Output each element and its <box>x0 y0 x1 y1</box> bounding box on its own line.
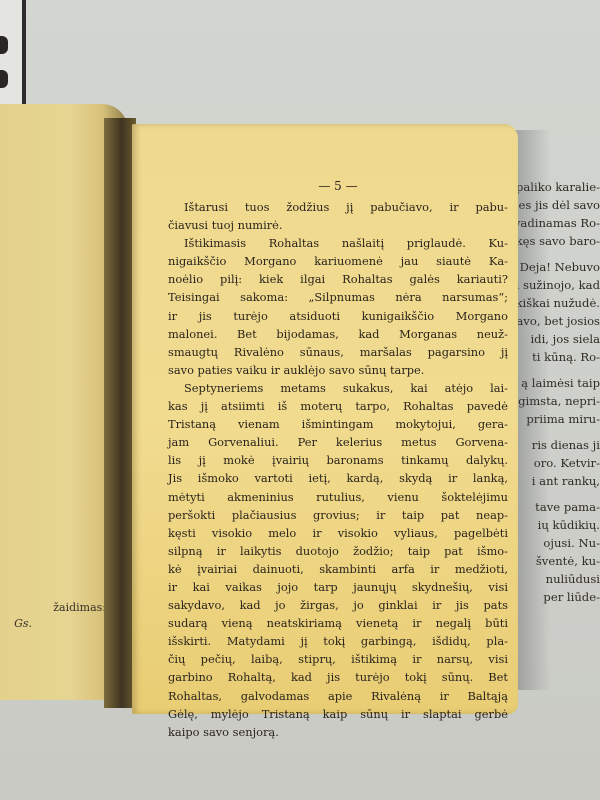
right-page-body: Ištarusi tuos žodžius jį pabučiavo, ir p… <box>168 198 508 741</box>
binder-hole <box>0 70 8 88</box>
text-line: Jis išmoko vartoti ietį, kardą, skydą ir… <box>168 469 508 487</box>
text-line: Ištarusi tuos žodžius jį pabučiavo, ir p… <box>168 198 508 216</box>
text-line: čių pečių, laibą, stiprų, ištikimą ir na… <box>168 650 508 668</box>
text-line: kaipo savo senjorą. <box>168 723 508 741</box>
text-line: sakydavo, kad jo žirgas, jo ginklai ir j… <box>168 596 508 614</box>
text-line: mėtyti akmeninius rutulius, vienu šoktel… <box>168 488 508 506</box>
text-line: Teisingai sakoma: „Silpnumas nėra narsum… <box>168 288 508 306</box>
text-line: nigaikščio Morgano kariuomenė jau siautė… <box>168 252 508 270</box>
page-number: — 5 — <box>168 176 508 198</box>
text-line: Gėlę, mylėjo Tristaną kaip sūnų ir slapt… <box>168 705 508 723</box>
text-line: ir jis turėjo atsiduoti kunigaikščio Mor… <box>168 307 508 325</box>
text-line: Rohaltas, galvodamas apie Rivalėną ir Ba… <box>168 687 508 705</box>
left-footer-line: žaidimas: <box>0 600 106 616</box>
text-line: silpną ir laikytis duotojo žodžio; taip … <box>168 542 508 560</box>
right-page-text: — 5 — Ištarusi tuos žodžius jį pabučiavo… <box>168 176 508 741</box>
left-page-footer: žaidimas: Gs. <box>0 600 106 632</box>
text-line: peršokti plačiausius grovius; ir taip pa… <box>168 506 508 524</box>
text-line: išskirti. Matydami jį tokį garbingą, išd… <box>168 632 508 650</box>
text-line: garbino Rohaltą, kad jis turėjo tokį sūn… <box>168 668 508 686</box>
text-line: sudarą vieną neatskiriamą vienetą ir neg… <box>168 614 508 632</box>
binder-strip <box>0 0 26 104</box>
text-line: kė įvairiai dainuoti, skambinti arfa ir … <box>168 560 508 578</box>
text-line: ir kai vaikas jojo tarp jaunųjų skydneši… <box>168 578 508 596</box>
text-line: kas jį atsiimti iš moterų tarpo, Rohalta… <box>168 397 508 415</box>
text-line: noėlio pilį: kiek ilgai Rohaltas galės k… <box>168 270 508 288</box>
text-line: malonei. Bet bijodamas, kad Morganas neu… <box>168 325 508 343</box>
text-line: Ištikimasis Rohaltas našlaitį priglaudė.… <box>168 234 508 252</box>
text-line: Septyneriems metams sukakus, kai atėjo l… <box>168 379 508 397</box>
text-line: lis jį mokė įvairių baronams tinkamų dal… <box>168 451 508 469</box>
text-line: Tristaną vienam išmintingam mokytojui, g… <box>168 415 508 433</box>
text-line: jam Gorvenaliui. Per kelerius metus Gorv… <box>168 433 508 451</box>
text-line: smaugtų Rivalėno sūnaus, maršalas pagars… <box>168 343 508 361</box>
text-line: savo paties vaiku ir auklėjo savo sūnų t… <box>168 361 508 379</box>
text-line: čiavusi tuoj numirė. <box>168 216 508 234</box>
left-footer-signature: Gs. <box>0 616 106 632</box>
binder-hole <box>0 36 8 54</box>
text-line: kęsti visokio melo ir visokio vyliaus, p… <box>168 524 508 542</box>
